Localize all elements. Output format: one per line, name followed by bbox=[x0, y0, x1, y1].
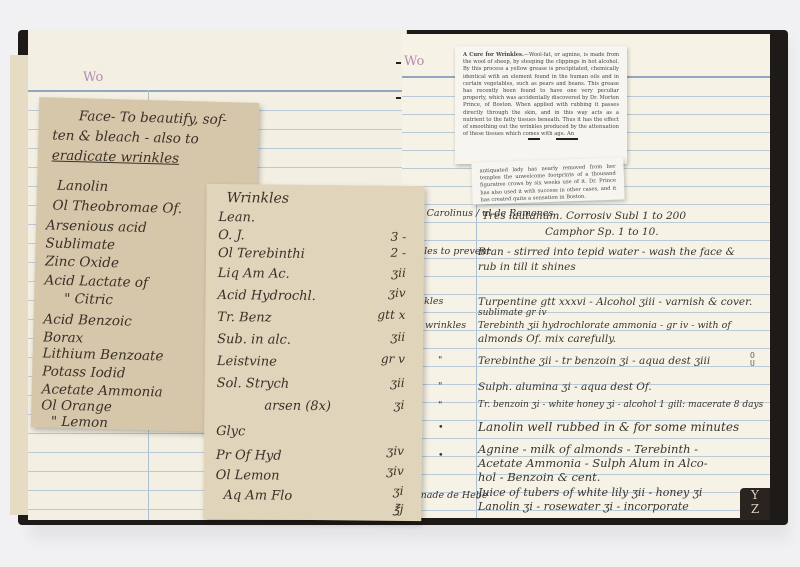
entry-text: Juice of tubers of white lily ʒii - hone… bbox=[478, 486, 702, 499]
line-rule bbox=[402, 312, 770, 313]
ingredient: Aq Am Flo bbox=[223, 488, 292, 504]
line-rule bbox=[402, 258, 770, 259]
ingredient: Arsenious acid bbox=[46, 217, 147, 236]
ingredient: Acid Benzoic bbox=[43, 311, 132, 329]
ingredient: Lean. bbox=[218, 210, 255, 225]
line-rule bbox=[402, 438, 770, 439]
ingredient: Liq Am Ac. bbox=[218, 266, 290, 282]
ingredient: Ol Orange bbox=[41, 397, 112, 415]
ingredient: Potass Iodid bbox=[42, 363, 126, 381]
ingredient-dose: ʒiv bbox=[386, 464, 404, 478]
line-rule bbox=[402, 276, 770, 277]
ingredient-dose: ʒi bbox=[393, 484, 404, 498]
thread-stitch bbox=[556, 138, 578, 140]
ingredient-dose: ʒiv bbox=[387, 444, 405, 458]
entry-text: almonds Of. mix carefully. bbox=[478, 333, 616, 345]
ingredient: Leistvine bbox=[217, 354, 277, 370]
entry-text: Lanolin well rubbed in & for some minute… bbox=[478, 420, 739, 434]
index-tab-yz[interactable]: Y Z bbox=[740, 488, 770, 520]
header-rule bbox=[28, 90, 406, 92]
ingredient: Borax bbox=[43, 329, 84, 346]
index-tab-letter: Y bbox=[740, 488, 770, 502]
newspaper-clipping: A Cure for Wrinkles.—Wool-fat, or agnine… bbox=[455, 46, 627, 164]
ingredient-dose: gtt x bbox=[377, 308, 405, 322]
entry-label: • bbox=[438, 450, 444, 461]
entry-text: Agnine - milk of almonds - Terebinth - bbox=[478, 442, 698, 456]
ingredient: O. J. bbox=[218, 228, 245, 243]
entry-text: Acetate Ammonia - Sulph Alum in Alco- bbox=[478, 456, 708, 470]
entry-text: Lanolin ʒi - rosewater ʒi - incorporate bbox=[478, 500, 689, 513]
ingredient-dose: ʒii bbox=[391, 266, 406, 280]
ingredient: Pr Of Hyd bbox=[216, 448, 282, 464]
margin-mark: O U bbox=[750, 352, 755, 368]
card-title: Wrinkles bbox=[227, 190, 290, 207]
ingredient: Zinc Oxide bbox=[45, 253, 119, 271]
entry-text: sublimate gr iv bbox=[478, 308, 547, 318]
ingredient: Lithium Benzoate bbox=[42, 345, 163, 364]
newspaper-clipping-continued: antiquated lady has nearly removed from … bbox=[471, 157, 624, 204]
ingredient: Ol Terebinthi bbox=[218, 246, 305, 262]
ingredient: " Citric bbox=[64, 291, 113, 308]
ingredient: Ol Theobromae Of. bbox=[52, 198, 182, 217]
entry-label: • bbox=[438, 422, 444, 433]
line-rule bbox=[402, 348, 770, 349]
line-rule bbox=[402, 204, 770, 205]
margin-mark-letter: U bbox=[750, 360, 755, 368]
ingredient: Glyc bbox=[216, 424, 245, 439]
ingredient: Acid Hydrochl. bbox=[218, 288, 316, 304]
entry-text: Terebinth ʒii hydrochlorate ammonia - gr… bbox=[478, 320, 731, 331]
ingredient-dose: ʒi bbox=[394, 398, 405, 412]
entry-text: rub in till it shines bbox=[478, 261, 576, 273]
card-title-line: ten & bleach - also to bbox=[52, 128, 199, 148]
line-rule bbox=[402, 240, 770, 241]
entry-label: wrinkles bbox=[425, 320, 466, 331]
entry-text: hol - Benzoin & cent. bbox=[478, 470, 600, 484]
clipping-body: —Wool-fat, or agnine, is made from the w… bbox=[463, 52, 619, 137]
entry-text: Tr. benzoin ʒi - white honey ʒi - alcoho… bbox=[478, 400, 763, 410]
ingredient: Tr. Benz bbox=[217, 310, 271, 326]
ingredient: Ol Lemon bbox=[216, 468, 280, 484]
line-rule bbox=[402, 294, 770, 295]
ingredient: Acid Lactate of bbox=[44, 272, 148, 291]
line-rule bbox=[402, 222, 770, 223]
ingredient-dose: 3 - bbox=[391, 230, 407, 244]
clipping-headline: A Cure for Wrinkles. bbox=[463, 52, 524, 58]
entry-label: " bbox=[438, 355, 442, 366]
ingredient-dose: ʒiv bbox=[388, 286, 406, 300]
card-title-line: Face- To beautify, sof- bbox=[79, 108, 227, 128]
ingredient: Sol. Strych bbox=[217, 376, 290, 392]
ingredient: " Lemon bbox=[51, 414, 108, 431]
clipping-body: antiquated lady has nearly removed from … bbox=[480, 164, 617, 204]
ingredient-dose: gr v bbox=[381, 352, 405, 366]
ingredient: arsen (8x) bbox=[264, 398, 331, 414]
binding-staple bbox=[396, 62, 401, 64]
header-mark: Wo bbox=[404, 54, 424, 69]
ingredient-dose: ℥j bbox=[393, 502, 404, 516]
ingredient-dose: ʒii bbox=[390, 376, 405, 390]
ingredient: Sub. in alc. bbox=[217, 332, 291, 348]
binding-staple bbox=[396, 97, 401, 99]
entry-text: Tres lautanum. Corrosiv Subl 1 to 200 bbox=[482, 210, 686, 222]
entry-label: " bbox=[438, 381, 442, 392]
entry-text: Sulph. alumina ʒi - aqua dest Of. bbox=[478, 381, 652, 393]
header-mark: Wo bbox=[83, 70, 103, 85]
entry-text: Terebinthe ʒii - tr benzoin ʒi - aqua de… bbox=[478, 355, 710, 367]
ingredient-dose: 2 - bbox=[390, 246, 406, 260]
entry-text: Turpentine gtt xxxvi - Alcohol ʒiii - va… bbox=[478, 296, 752, 308]
card-title-line: eradicate wrinkles bbox=[52, 148, 180, 167]
ingredient: Lanolin bbox=[57, 178, 109, 195]
thread-stitch bbox=[528, 138, 540, 140]
ingredient: Sublimate bbox=[45, 235, 115, 253]
index-tab-letter: Z bbox=[740, 502, 770, 516]
entry-label: " bbox=[438, 400, 442, 411]
recipe-card-wrinkles: Wrinkles Lean. O. J. 3 - Ol Terebinthi 2… bbox=[203, 184, 424, 521]
entry-text: Camphor Sp. 1 to 10. bbox=[545, 226, 659, 238]
ingredient-dose: ʒii bbox=[391, 330, 406, 344]
entry-text: Bran - stirred into tepid water - wash t… bbox=[478, 246, 735, 258]
